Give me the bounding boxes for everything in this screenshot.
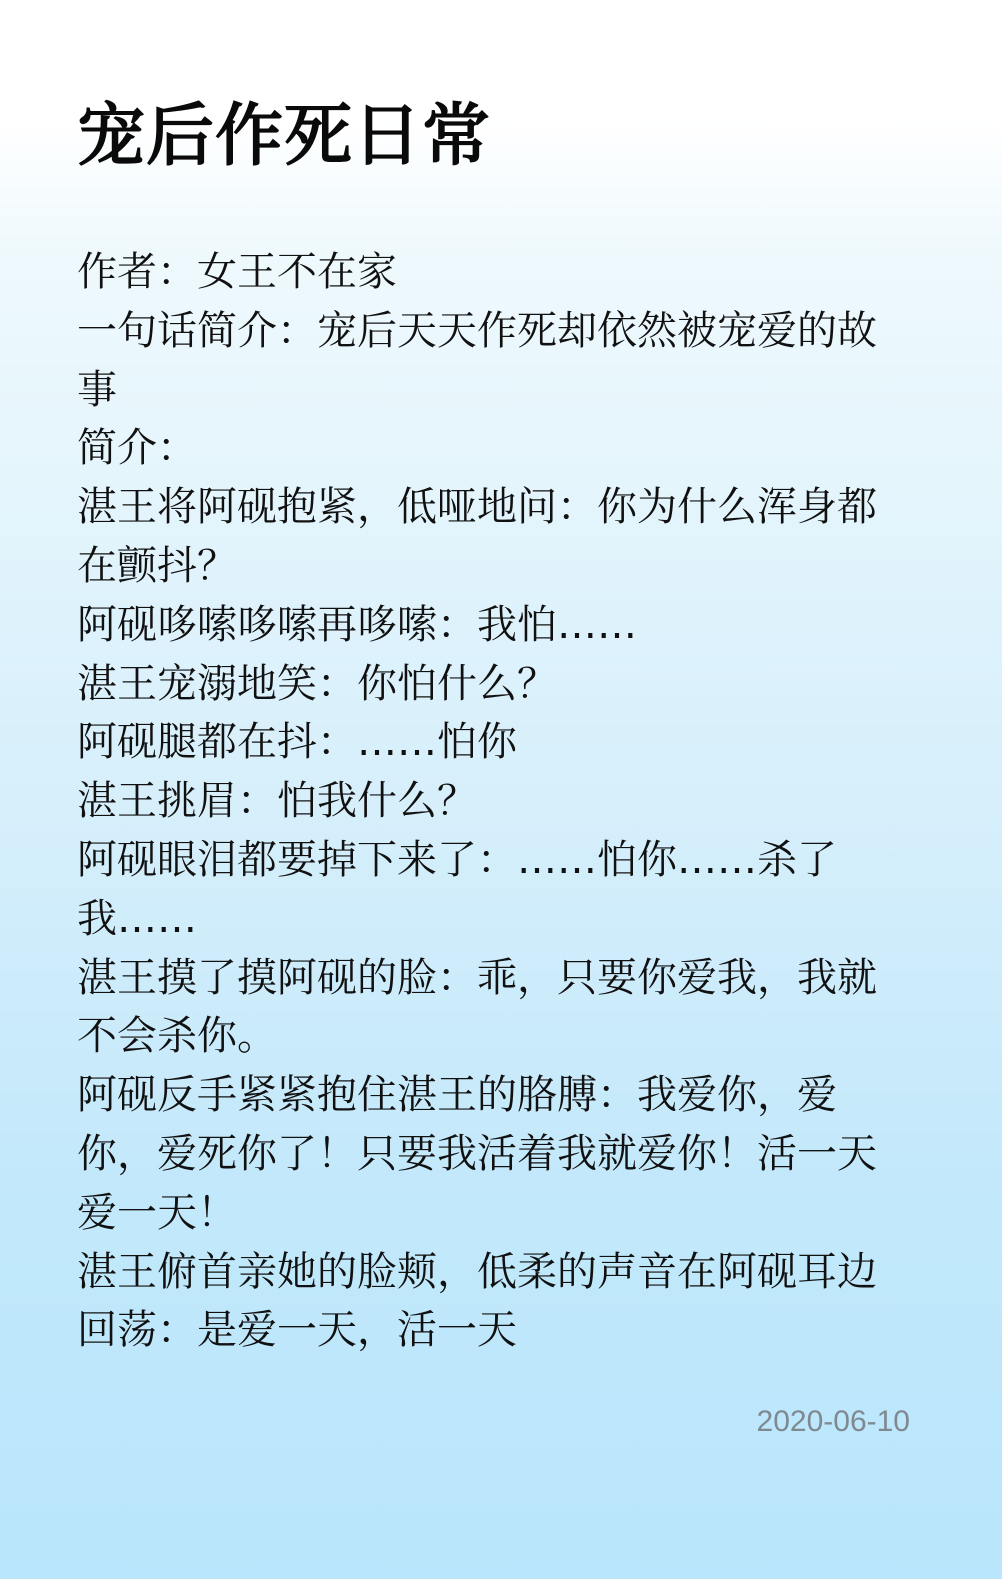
synopsis-paragraph: 湛王将阿砚抱紧，低哑地问：你为什么浑身都在颤抖？ xyxy=(77,478,912,596)
article-body: 作者：女王不在家 一句话简介：宠后天天作死却依然被宠爱的故事 简介： 湛王将阿砚… xyxy=(77,243,912,1360)
synopsis-paragraph: 湛王宠溺地笑：你怕什么？ xyxy=(77,655,912,714)
synopsis-paragraph: 阿砚眼泪都要掉下来了：……怕你……杀了我…… xyxy=(77,831,912,949)
synopsis-paragraph: 阿砚腿都在抖：……怕你 xyxy=(77,713,912,772)
synopsis-paragraph: 阿砚哆嗦哆嗦再哆嗦：我怕…… xyxy=(77,596,912,655)
synopsis-paragraph: 湛王俯首亲她的脸颊，低柔的声音在阿砚耳边回荡：是爱一天，活一天 xyxy=(77,1243,912,1361)
synopsis-label: 简介： xyxy=(77,419,912,478)
author-line: 作者：女王不在家 xyxy=(77,243,912,302)
tagline-line: 一句话简介：宠后天天作死却依然被宠爱的故事 xyxy=(77,302,912,420)
publish-date: 2020-06-10 xyxy=(757,1402,910,1442)
article-title: 宠后作死日常 xyxy=(77,92,491,182)
synopsis-paragraph: 湛王挑眉：怕我什么？ xyxy=(77,772,912,831)
synopsis-paragraph: 湛王摸了摸阿砚的脸：乖，只要你爱我，我就不会杀你。 xyxy=(77,949,912,1067)
synopsis-paragraph: 阿砚反手紧紧抱住湛王的胳膊：我爱你，爱你，爱死你了！只要我活着我就爱你！活一天爱… xyxy=(77,1066,912,1242)
